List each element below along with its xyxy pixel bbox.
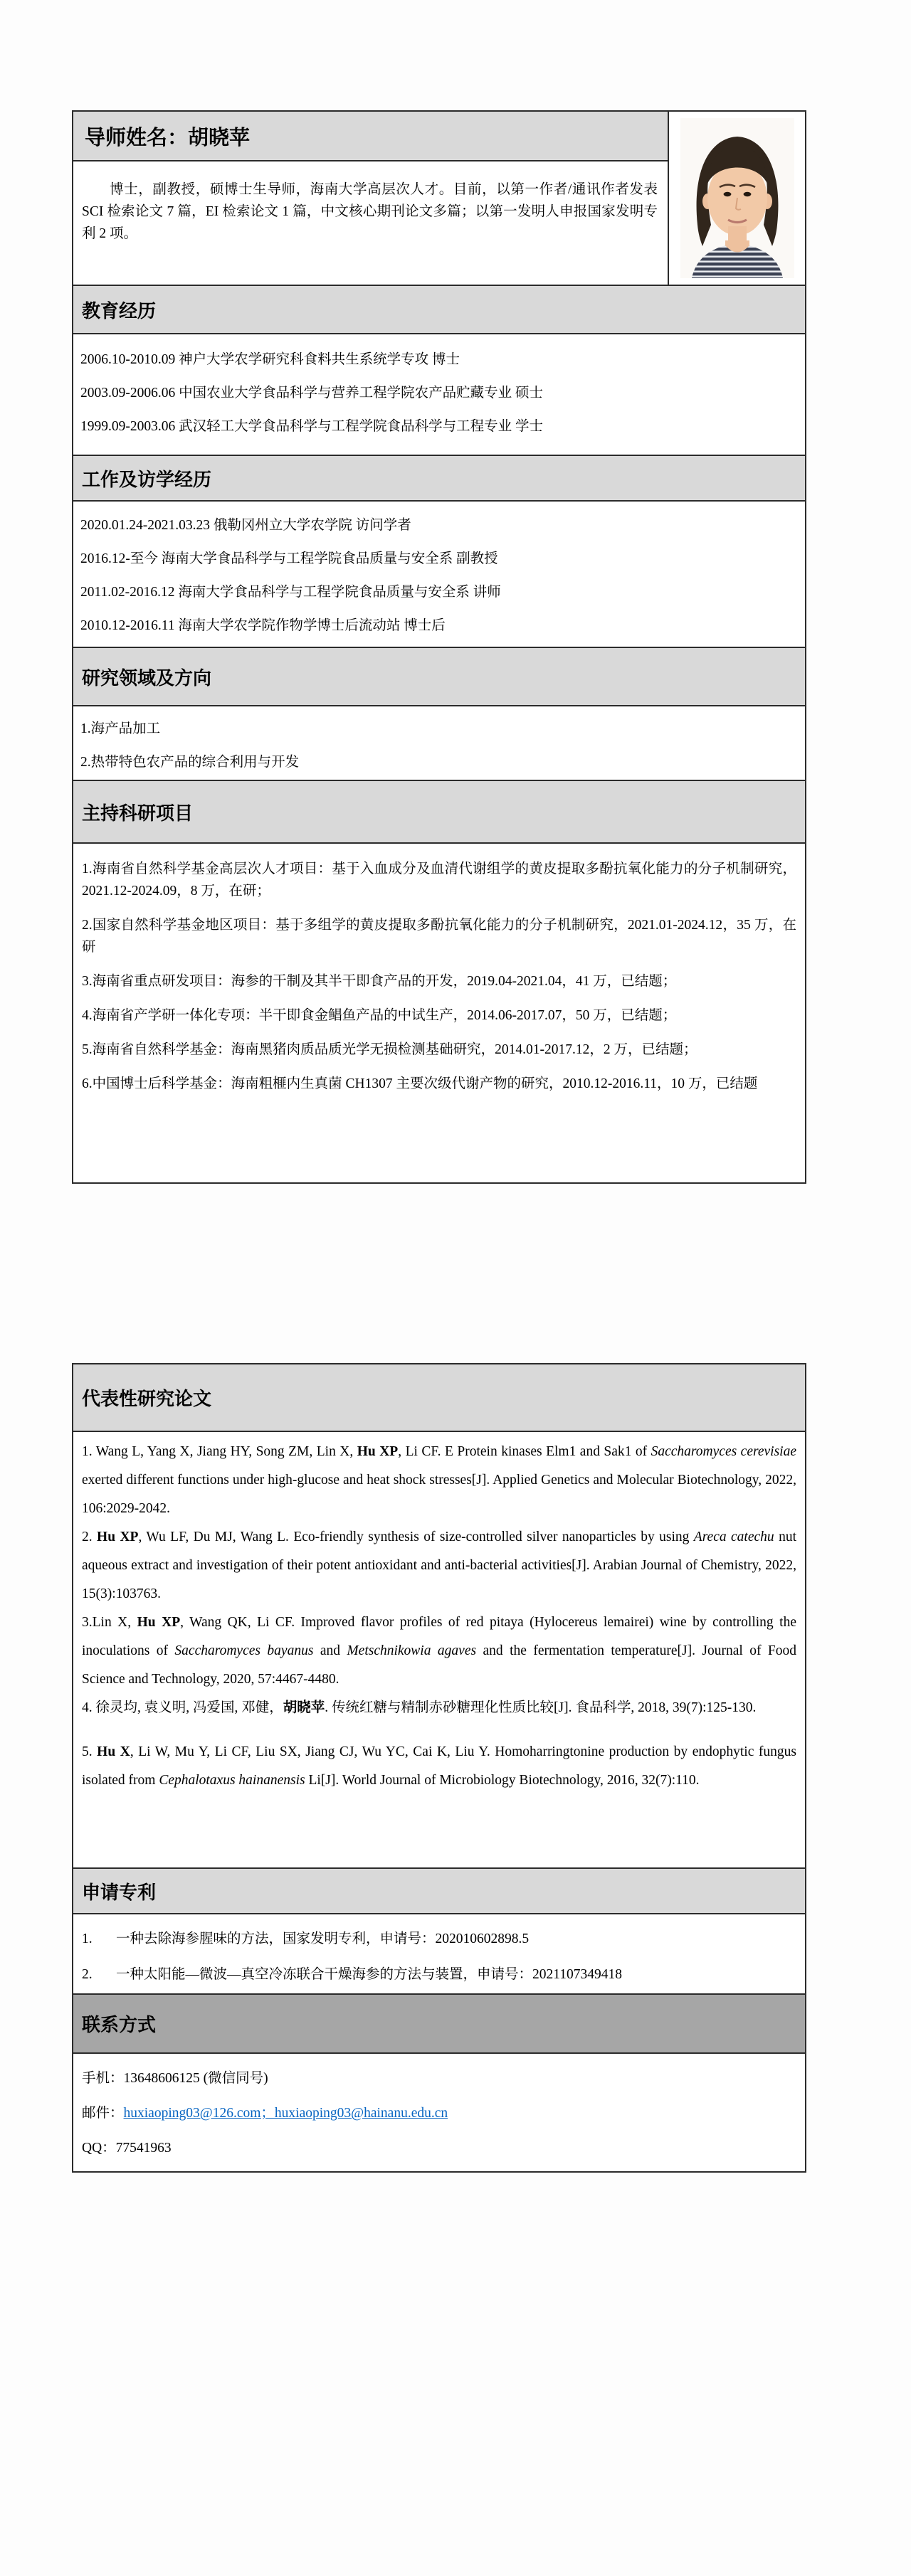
- paper-item: 3.Lin X, Hu XP, Wang QK, Li CF. Improved…: [82, 1608, 796, 1694]
- project-item: 4.海南省产学研一体化专项：半干即食金鲳鱼产品的中试生产，2014.06-201…: [82, 1005, 796, 1027]
- patent-number: 2.: [82, 1957, 116, 1993]
- patent-number: 1.: [82, 1922, 116, 1957]
- profile-photo-cell: [669, 112, 805, 285]
- work-item: 2011.02-2016.12 海南大学食品科学与工程学院食品质量与安全系 讲师: [80, 576, 798, 609]
- project-item: 5.海南省自然科学基金：海南黑猪肉质品质光学无损检测基础研究，2014.01-2…: [82, 1039, 796, 1061]
- section-content-contact: 手机：13648606125 (微信同号) 邮件：huxiaoping03@12…: [73, 2052, 805, 2171]
- project-item: 6.中国博士后科学基金：海南粗榧内生真菌 CH1307 主要次级代谢产物的研究，…: [82, 1073, 796, 1095]
- section-header-education: 教育经历: [73, 285, 805, 333]
- section-content-research-areas: 1.海产品加工 2.热带特色农产品的综合利用与开发: [73, 705, 805, 780]
- project-item: 1.海南省自然科学基金高层次人才项目：基于入血成分及血清代谢组学的黄皮提取多酚抗…: [82, 858, 796, 902]
- section-content-projects: 1.海南省自然科学基金高层次人才项目：基于入血成分及血清代谢组学的黄皮提取多酚抗…: [73, 842, 805, 1182]
- contact-phone: 手机：13648606125 (微信同号): [82, 2061, 796, 2096]
- profile-left-column: 导师姓名：胡晓苹 博士，副教授，硕博士生导师，海南大学高层次人才。目前，以第一作…: [73, 112, 669, 285]
- project-item: 2.国家自然科学基金地区项目：基于多组学的黄皮提取多酚抗氧化能力的分子机制研究，…: [82, 914, 796, 958]
- profile-table: 导师姓名：胡晓苹 博士，副教授，硕博士生导师，海南大学高层次人才。目前，以第一作…: [72, 110, 806, 1184]
- contact-qq: QQ：77541963: [82, 2131, 796, 2166]
- paper-item: 1. Wang L, Yang X, Jiang HY, Song ZM, Li…: [82, 1438, 796, 1523]
- patent-item: 1.一种去除海参腥味的方法，国家发明专利，申请号：202010602898.5: [82, 1922, 796, 1957]
- work-item: 2020.01.24-2021.03.23 俄勒冈州立大学农学院 访问学者: [80, 509, 798, 542]
- project-item: 3.海南省重点研发项目：海参的干制及其半干即食产品的开发，2019.04-202…: [82, 970, 796, 992]
- section-content-papers: 1. Wang L, Yang X, Jiang HY, Song ZM, Li…: [73, 1431, 805, 1867]
- section-header-patents: 申请专利: [73, 1867, 805, 1913]
- patent-text: 一种去除海参腥味的方法，国家发明专利，申请号：202010602898.5: [116, 1931, 529, 1946]
- research-area-item: 2.热带特色农产品的综合利用与开发: [80, 746, 798, 779]
- education-item: 2006.10-2010.09 神户大学农学研究科食料共生系统学专攻 博士: [80, 343, 798, 376]
- paper-item: 4. 徐灵均, 袁义明, 冯爱国, 邓健，胡晓苹. 传统红糖与精制赤砂糖理化性质…: [82, 1694, 796, 1722]
- section-content-patents: 1.一种去除海参腥味的方法，国家发明专利，申请号：202010602898.5 …: [73, 1913, 805, 1993]
- contact-email-label: 邮件：: [82, 2106, 124, 2121]
- paper-item: 5. Hu X, Li W, Mu Y, Li CF, Liu SX, Jian…: [82, 1738, 796, 1795]
- patent-item: 2.一种太阳能—微波—真空冷冻联合干燥海参的方法与装置，申请号：20211073…: [82, 1957, 796, 1993]
- section-header-projects: 主持科研项目: [73, 780, 805, 842]
- section-content-work: 2020.01.24-2021.03.23 俄勒冈州立大学农学院 访问学者 20…: [73, 500, 805, 647]
- contact-email-line: 邮件：huxiaoping03@126.com；huxiaoping03@hai…: [82, 2096, 796, 2131]
- page-break-gap: [72, 1184, 806, 1363]
- profile-intro: 博士，副教授，硕博士生导师，海南大学高层次人才。目前，以第一作者/通讯作者发表 …: [73, 161, 668, 285]
- profile-photo: [680, 118, 794, 282]
- profile-top-row: 导师姓名：胡晓苹 博士，副教授，硕博士生导师，海南大学高层次人才。目前，以第一作…: [73, 112, 805, 285]
- section-header-work: 工作及访学经历: [73, 455, 805, 500]
- section-header-research-areas: 研究领域及方向: [73, 647, 805, 705]
- email-link[interactable]: huxiaoping03@126.com；huxiaoping03@hainan…: [124, 2106, 448, 2121]
- tutor-name-header: 导师姓名：胡晓苹: [73, 112, 668, 161]
- work-item: 2016.12-至今 海南大学食品科学与工程学院食品质量与安全系 副教授: [80, 542, 798, 576]
- section-header-contact: 联系方式: [73, 1993, 805, 2052]
- education-item: 1999.09-2003.06 武汉轻工大学食品科学与工程学院食品科学与工程专业…: [80, 410, 798, 443]
- work-item: 2010.12-2016.11 海南大学农学院作物学博士后流动站 博士后: [80, 609, 798, 642]
- paper-item: 2. Hu XP, Wu LF, Du MJ, Wang L. Eco-frie…: [82, 1523, 796, 1608]
- research-area-item: 1.海产品加工: [80, 712, 798, 746]
- education-item: 2003.09-2006.06 中国农业大学食品科学与营养工程学院农产品贮藏专业…: [80, 376, 798, 410]
- section-content-education: 2006.10-2010.09 神户大学农学研究科食料共生系统学专攻 博士 20…: [73, 333, 805, 455]
- cv-page: 导师姓名：胡晓苹 博士，副教授，硕博士生导师，海南大学高层次人才。目前，以第一作…: [72, 110, 806, 2173]
- section-header-papers: 代表性研究论文: [73, 1364, 805, 1431]
- publications-table: 代表性研究论文 1. Wang L, Yang X, Jiang HY, Son…: [72, 1363, 806, 2173]
- patent-text: 一种太阳能—微波—真空冷冻联合干燥海参的方法与装置，申请号：2021107349…: [116, 1967, 622, 1982]
